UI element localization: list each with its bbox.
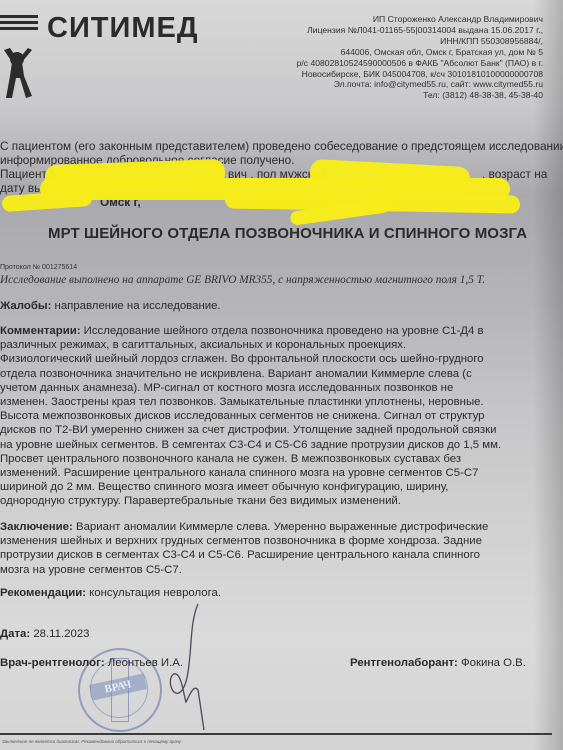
radiologist-label: Врач-рентгенолог: <box>0 657 105 669</box>
company-email: Эл.почта: info@citymed55.ru, сайт: www.c… <box>243 79 543 90</box>
conclusion-section: Заключение: Вариант аномалии Киммерле сл… <box>0 520 540 577</box>
complaints-label: Жалобы: <box>0 300 51 312</box>
complaints-section: Жалобы: направление на исследование. <box>0 299 540 313</box>
comments-line: дисков по Т2-ВИ умеренно снижен за счет … <box>0 423 540 437</box>
radiologist-name: Леонтьев И.А. <box>105 657 183 669</box>
recommendations-section: Рекомендации: консультация невролога. <box>0 586 540 600</box>
complaints-text: направление на исследование. <box>51 300 220 312</box>
company-license: Лицензия №Л041-01165-55|00314004 выдана … <box>243 25 543 36</box>
comments-line: шириной до 2 мм. Вещество спинного мозга… <box>0 480 540 494</box>
logo-stripes <box>0 15 38 33</box>
comments-line: различных режимах, в сагиттальных, аксиа… <box>0 338 540 352</box>
comments-line: Исследование шейного отдела позвоночника… <box>81 325 484 337</box>
lab-assistant-section: Рентгенолаборант: Фокина О.В. <box>350 656 550 670</box>
consent-line-1: С пациентом (его законным представителем… <box>0 139 563 153</box>
date-value: 28.11.2023 <box>30 628 89 640</box>
device-note: Исследование выполнено на аппарате GE BR… <box>0 274 485 286</box>
conclusion-line: изменения шейных и верхних грудных сегме… <box>0 534 540 548</box>
comments-line: изменений. Расширение центрального канал… <box>0 466 540 480</box>
comments-line: однородную структуру. Паравертебральные … <box>0 494 540 508</box>
lab-assistant-name: Фокина О.В. <box>458 657 526 669</box>
protocol-number: Протокол № 001275614 <box>0 264 77 271</box>
company-bank: р/с 40802810524590000506 в ФАКБ "Абсолют… <box>243 58 543 69</box>
comments-label: Комментарии: <box>0 325 81 337</box>
footer-divider <box>0 733 552 735</box>
recommendations-label: Рекомендации: <box>0 587 86 599</box>
conclusion-label: Заключение: <box>0 521 73 533</box>
lab-assistant-label: Рентгенолаборант: <box>350 657 458 669</box>
comments-line: Физиологический шейный лордоз сглажен. В… <box>0 352 540 366</box>
conclusion-line: Вариант аномалии Киммерле слева. Умеренн… <box>73 521 489 533</box>
conclusion-line: протрузии дисков в сегментах С3-С4 и С5-… <box>0 548 540 562</box>
comments-line: Высота межпозвонковых дисков исследованн… <box>0 409 540 423</box>
comments-line: учетом данных анамнеза). МР-сигнал от ко… <box>0 381 540 395</box>
comments-line: Просвет центрального позвоночного канала… <box>0 452 540 466</box>
comments-section: Комментарии: Исследование шейного отдела… <box>0 324 540 509</box>
footer-note: Заключение не является диагнозом. Рекоме… <box>2 739 182 744</box>
conclusion-line: мозга на уровне сегментов С5-С7. <box>0 563 540 577</box>
company-address: 644006, Омская обл, Омск г, Братская ул,… <box>243 47 543 58</box>
comments-line: отдела позвоночника значительно не искри… <box>0 367 540 381</box>
recommendations-text: консультация невролога. <box>86 587 221 599</box>
date-section: Дата: 28.11.2023 <box>0 627 540 641</box>
company-details: ИП Стороженко Александр Владимирович Лиц… <box>243 14 543 101</box>
logo-figure-icon <box>2 48 36 100</box>
comments-line: изменен. Заострены края тел позвонков. З… <box>0 395 540 409</box>
company-bik: Новосибирске, БИК 045004708, к/сч 301018… <box>243 69 543 80</box>
company-phone: Тел: (3812) 48-38-38, 45-38-40 <box>243 90 543 101</box>
comments-line: на уровне шейных сегментов. В семгентах … <box>0 438 540 452</box>
logo-text: СИТИМЕД <box>47 12 199 45</box>
company-inn: ИНН/КПП 550308956884/, <box>243 36 543 47</box>
company-name: ИП Стороженко Александр Владимирович <box>243 14 543 25</box>
date-label: Дата: <box>0 628 30 640</box>
report-title: МРТ ШЕЙНОГО ОТДЕЛА ПОЗВОНОЧНИКА И СПИННО… <box>48 225 527 242</box>
